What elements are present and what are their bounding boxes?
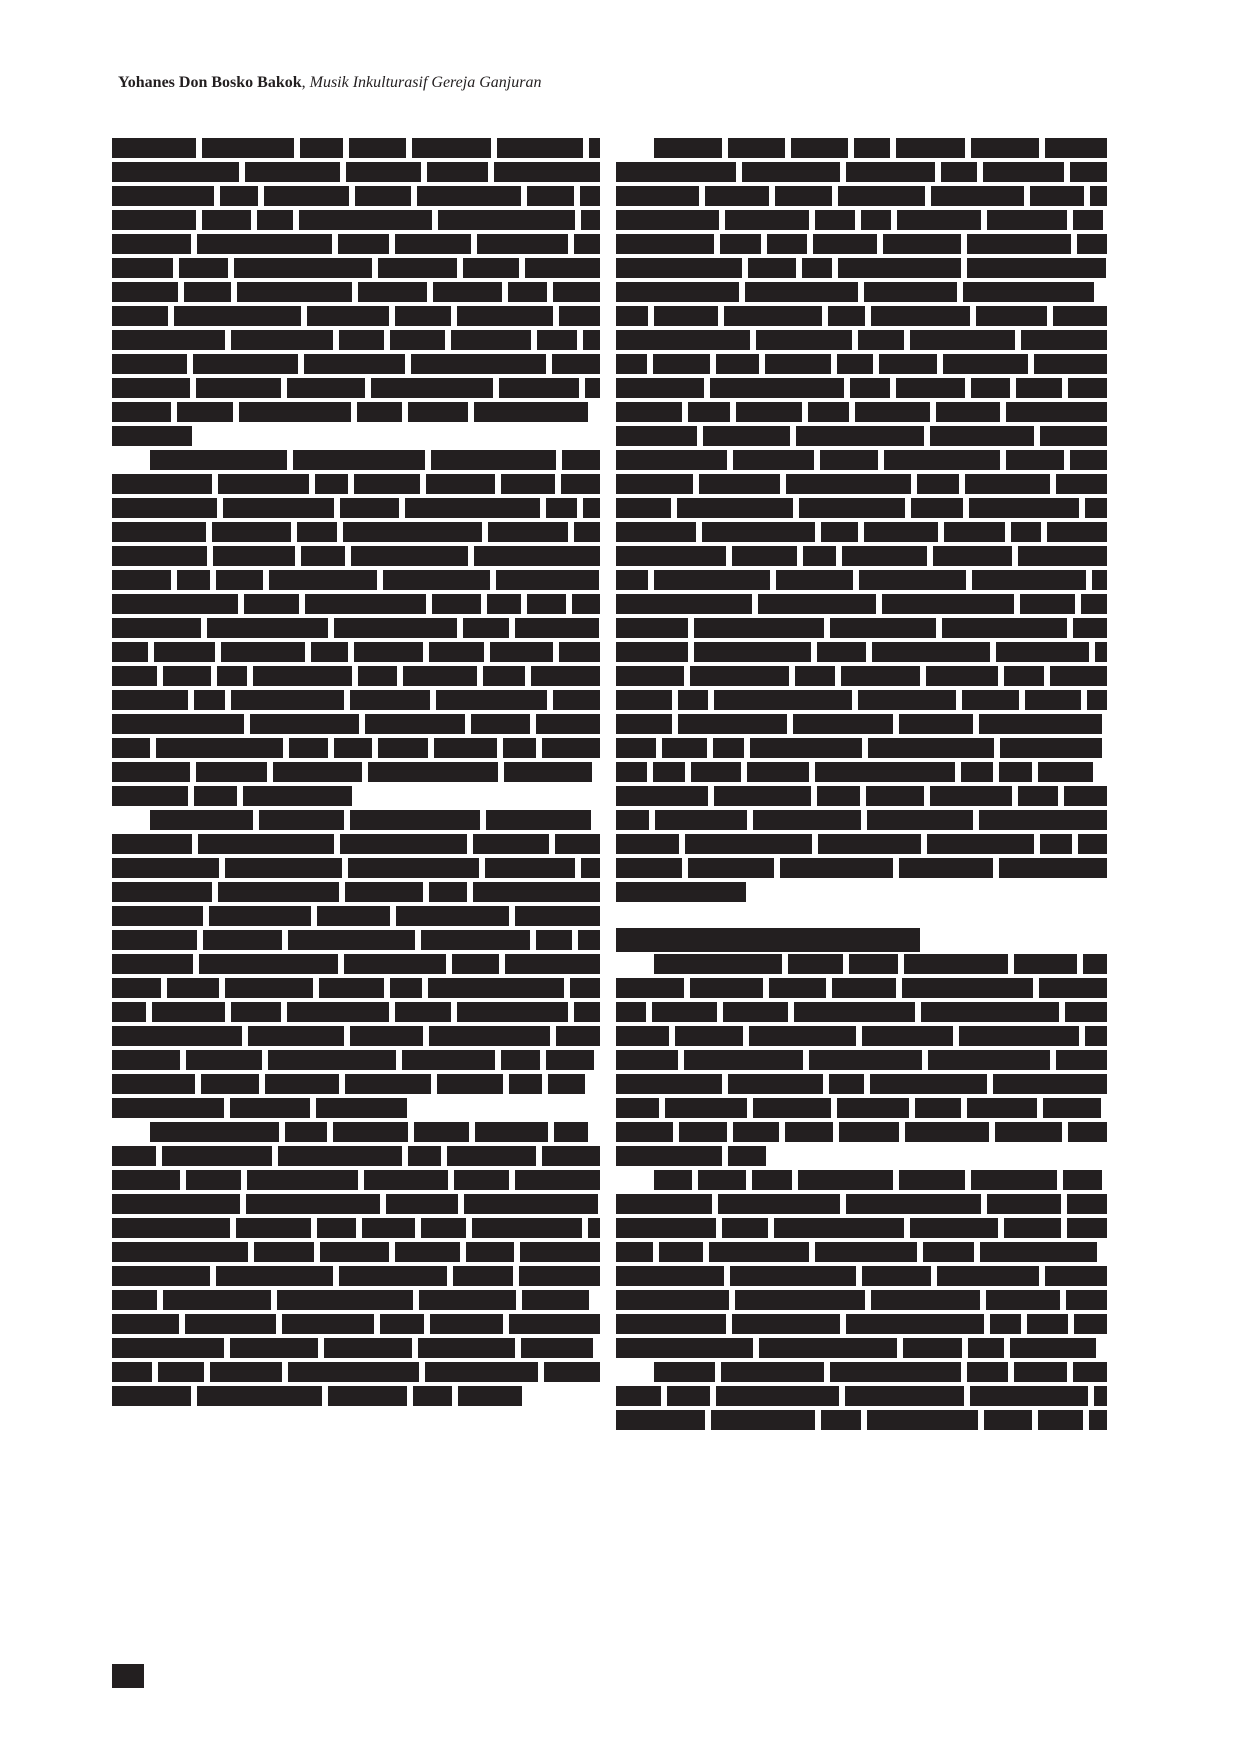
redacted-word [967, 234, 1071, 254]
redacted-word [112, 1002, 146, 1022]
redacted-word [402, 1050, 495, 1070]
redacted-text-line [616, 184, 1107, 208]
redacted-text-line [616, 1048, 1107, 1072]
redacted-word [150, 810, 253, 830]
redacted-word [487, 594, 521, 614]
redacted-word [732, 1314, 840, 1334]
redacted-word [899, 714, 973, 734]
redacted-text-line [112, 376, 600, 400]
redacted-word [477, 234, 568, 254]
redacted-text-line [616, 544, 1107, 568]
redacted-word [942, 618, 1067, 638]
redacted-word [616, 1266, 724, 1286]
redacted-text-line [616, 1096, 1107, 1120]
redacted-text-line [616, 400, 1107, 424]
redacted-word [209, 906, 311, 926]
redacted-text-line [616, 568, 1107, 592]
redacted-word [112, 1170, 180, 1190]
redacted-word [112, 1386, 191, 1406]
redacted-word [413, 1386, 452, 1406]
redacted-word [503, 738, 536, 758]
redacted-word [438, 210, 575, 230]
redacted-text-line [616, 136, 1107, 160]
redacted-text-line [112, 568, 600, 592]
redacted-word [864, 522, 938, 542]
redacted-word [167, 978, 219, 998]
redacted-word [474, 546, 600, 566]
redacted-paragraph [616, 1360, 1107, 1432]
redacted-text-line [112, 256, 600, 280]
redacted-word [896, 138, 965, 158]
redacted-word [616, 978, 684, 998]
redacted-word [112, 234, 191, 254]
redacted-word [364, 1170, 448, 1190]
redacted-word [220, 186, 258, 206]
redacted-word [616, 402, 682, 422]
redacted-word [959, 1026, 1079, 1046]
redacted-word [809, 1050, 922, 1070]
redacted-word [871, 1290, 980, 1310]
redacted-word [268, 1050, 396, 1070]
redacted-word [774, 1218, 904, 1238]
redacted-word [1038, 1410, 1083, 1430]
redacted-word [1056, 474, 1107, 494]
redacted-word [815, 1242, 917, 1262]
redacted-word [721, 1362, 824, 1382]
redacted-word [466, 1242, 514, 1262]
redacted-word [897, 210, 981, 230]
redacted-text-line [112, 544, 600, 568]
redacted-word [570, 978, 600, 998]
redacted-word [858, 690, 956, 710]
redacted-word [194, 786, 237, 806]
redacted-word [196, 378, 281, 398]
redacted-word [984, 1410, 1032, 1430]
redacted-word [508, 282, 547, 302]
redacted-word [436, 690, 547, 710]
redacted-word [223, 498, 334, 518]
redacted-word [866, 786, 924, 806]
redacted-word [339, 330, 384, 350]
redacted-word [194, 690, 225, 710]
redacted-word [846, 1194, 981, 1214]
redacted-text-line [112, 1024, 600, 1048]
redacted-word [112, 1266, 210, 1286]
redacted-word [112, 162, 239, 182]
redacted-word [728, 1074, 823, 1094]
redacted-word [231, 330, 333, 350]
redacted-text-line [616, 328, 1107, 352]
redacted-word [421, 930, 530, 950]
redacted-text-line [616, 808, 1107, 832]
redacted-text-line [112, 1000, 600, 1024]
redacted-word [616, 690, 672, 710]
redacted-word [428, 978, 564, 998]
redacted-word [838, 258, 961, 278]
redacted-paragraph [616, 952, 1107, 1168]
redacted-word [112, 570, 171, 590]
redacted-text-line [112, 1072, 600, 1096]
redacted-word [927, 834, 1034, 854]
redacted-word [531, 666, 600, 686]
redacted-word [390, 330, 445, 350]
redacted-word [616, 498, 671, 518]
redacted-word [616, 882, 746, 902]
redacted-text-line [112, 1384, 600, 1408]
redacted-word [552, 354, 600, 374]
redacted-word [616, 1242, 653, 1262]
redacted-word [710, 378, 844, 398]
redacted-word [688, 402, 730, 422]
redacted-word [345, 1074, 431, 1094]
redacted-word [340, 498, 399, 518]
redacted-word [1034, 354, 1107, 374]
redacted-word [862, 1026, 953, 1046]
redacted-word [365, 714, 465, 734]
redacted-word [817, 642, 866, 662]
redacted-word [821, 522, 858, 542]
redacted-word [905, 1122, 989, 1142]
redacted-word [230, 1338, 318, 1358]
redacted-text-line [616, 856, 1107, 880]
redacted-text-line [112, 472, 600, 496]
redacted-text-line [112, 952, 600, 976]
redacted-word [437, 1074, 503, 1094]
redacted-word [654, 1362, 715, 1382]
redacted-word [745, 282, 858, 302]
redacted-word [288, 1362, 419, 1382]
redacted-text-line [112, 592, 600, 616]
header-author: Yohanes Don Bosko Bakok [118, 74, 302, 91]
redacted-paragraph [112, 136, 600, 448]
redacted-word [791, 138, 848, 158]
redacted-word [795, 666, 835, 686]
redacted-text-line [112, 1192, 600, 1216]
redacted-word [248, 1026, 344, 1046]
redacted-word [112, 762, 190, 782]
redacted-word [616, 282, 739, 302]
redacted-word [380, 1314, 424, 1334]
redacted-word [201, 1074, 259, 1094]
redacted-word [679, 1122, 727, 1142]
redacted-word [520, 1242, 600, 1262]
redacted-word [333, 1122, 408, 1142]
redacted-word [289, 738, 328, 758]
redacted-word [112, 1050, 180, 1070]
redacted-word [931, 186, 1024, 206]
redacted-word [967, 1362, 1008, 1382]
redacted-word [694, 642, 811, 662]
redacted-word [796, 426, 924, 446]
redacted-word [197, 1386, 322, 1406]
redacted-word [921, 1002, 1059, 1022]
redacted-word [112, 1362, 152, 1382]
redacted-word [821, 1410, 861, 1430]
redacted-word [154, 642, 215, 662]
redacted-word [562, 450, 600, 470]
redacted-word [454, 1170, 509, 1190]
redacted-word [350, 810, 480, 830]
redacted-word [282, 1314, 374, 1334]
page-number-redacted [112, 1664, 144, 1688]
redacted-text-line [616, 1288, 1107, 1312]
redacted-word [451, 330, 531, 350]
redacted-word [979, 714, 1102, 734]
redacted-word [747, 762, 809, 782]
redacted-word [112, 306, 168, 326]
redacted-word [813, 234, 877, 254]
redacted-word [1040, 426, 1107, 446]
redacted-word [112, 906, 203, 926]
redacted-word [684, 1050, 803, 1070]
redacted-word [383, 570, 490, 590]
redacted-word [277, 1290, 413, 1310]
redacted-word [722, 1218, 768, 1238]
redacted-word [324, 1338, 412, 1358]
redacted-text-line [616, 1216, 1107, 1240]
redacted-word [357, 402, 402, 422]
redacted-word [750, 738, 862, 758]
redacted-word [177, 402, 233, 422]
redacted-word [112, 426, 192, 446]
redacted-word [544, 1362, 600, 1382]
redacted-text-line [616, 232, 1107, 256]
redacted-word [501, 474, 555, 494]
redacted-word [996, 642, 1089, 662]
redacted-word [765, 354, 831, 374]
redacted-word [1038, 762, 1093, 782]
redacted-word [716, 354, 759, 374]
redacted-word [202, 138, 294, 158]
redacted-word [1040, 834, 1072, 854]
redacted-word [112, 1338, 224, 1358]
redacted-text-line [616, 880, 1107, 904]
redacted-word [453, 1266, 513, 1286]
redacted-word [556, 1026, 600, 1046]
redacted-word [870, 1074, 987, 1094]
redacted-word [452, 954, 499, 974]
redacted-word [976, 306, 1047, 326]
redacted-word [936, 402, 1000, 422]
redacted-word [1045, 138, 1107, 158]
redacted-word [786, 474, 911, 494]
redacted-text-line [112, 304, 600, 328]
redacted-word [589, 138, 600, 158]
redacted-word [678, 690, 708, 710]
redacted-text-line [616, 424, 1107, 448]
redacted-word [259, 810, 344, 830]
redacted-word [236, 1218, 311, 1238]
redacted-word [431, 450, 556, 470]
redacted-word [112, 1314, 179, 1334]
redacted-word [915, 1098, 961, 1118]
redacted-word [829, 1074, 864, 1094]
redacted-word [458, 1386, 522, 1406]
redacted-word [112, 594, 238, 614]
redacted-word [490, 642, 553, 662]
redacted-word [112, 258, 173, 278]
redacted-text-line [616, 1168, 1107, 1192]
redacted-word [396, 906, 509, 926]
redacted-word [703, 426, 790, 446]
redacted-word [616, 1098, 659, 1118]
redacted-word [395, 1242, 460, 1262]
redacted-word [216, 1266, 333, 1286]
redacted-word [842, 546, 927, 566]
redacted-text-line [616, 712, 1107, 736]
redacted-word [317, 1218, 356, 1238]
redacted-word [578, 930, 600, 950]
redacted-word [1067, 1218, 1107, 1238]
redacted-word [884, 450, 1000, 470]
redacted-word [899, 1170, 965, 1190]
redacted-word [515, 1170, 600, 1190]
redacted-word [225, 978, 313, 998]
redacted-word [616, 186, 699, 206]
redacted-word [1011, 522, 1041, 542]
redacted-text-line [616, 1384, 1107, 1408]
redacted-word [685, 834, 812, 854]
redacted-word [867, 1410, 978, 1430]
redacted-word [429, 1026, 550, 1046]
redacted-word [519, 1266, 600, 1286]
redacted-word [859, 570, 966, 590]
redacted-word [616, 1026, 669, 1046]
redacted-word [904, 954, 1008, 974]
redacted-word [732, 546, 797, 566]
redacted-word [690, 978, 763, 998]
redacted-word [899, 858, 993, 878]
redacted-word [780, 858, 893, 878]
redacted-word [1021, 330, 1107, 350]
redacted-word [896, 378, 965, 398]
redacted-word [616, 738, 656, 758]
redacted-word [928, 1050, 1050, 1070]
redacted-word [971, 378, 1010, 398]
redacted-text-line [616, 160, 1107, 184]
redacted-word [968, 1338, 1004, 1358]
redacted-word [112, 1026, 242, 1046]
redacted-word [553, 282, 600, 302]
redacted-word [546, 498, 577, 518]
redacted-word [239, 402, 351, 422]
redacted-word [1073, 618, 1107, 638]
redacted-word [112, 330, 225, 350]
redacted-text-line [616, 208, 1107, 232]
redacted-word [218, 474, 309, 494]
redacted-word [315, 474, 348, 494]
redacted-word [654, 954, 782, 974]
redacted-text-line [616, 1072, 1107, 1096]
redacted-word [616, 426, 697, 446]
redacted-word [728, 1146, 766, 1166]
redacted-word [112, 1218, 230, 1238]
redacted-word [665, 1098, 747, 1118]
redacted-word [654, 306, 718, 326]
redacted-text-line [616, 976, 1107, 1000]
redacted-text-line [112, 352, 600, 376]
redacted-word [736, 402, 802, 422]
redacted-text-line [616, 1024, 1107, 1048]
redacted-word [841, 666, 920, 686]
redacted-word [846, 162, 935, 182]
redacted-word [525, 258, 600, 278]
redacted-word [198, 834, 334, 854]
redacted-word [475, 1122, 548, 1142]
redacted-word [837, 1098, 909, 1118]
redacted-word [429, 882, 467, 902]
redacted-word [724, 306, 822, 326]
redacted-word [1006, 450, 1064, 470]
redacted-word [338, 234, 389, 254]
redacted-word [231, 690, 344, 710]
redacted-word [725, 210, 809, 230]
redacted-word [902, 978, 1033, 998]
redacted-text-line [112, 232, 600, 256]
redacted-word [221, 642, 305, 662]
redacted-word [1085, 1026, 1107, 1046]
redacted-word [616, 810, 649, 830]
redacted-word [559, 306, 600, 326]
redacted-word [759, 1338, 897, 1358]
redacted-word [112, 522, 206, 542]
redacted-word [218, 882, 339, 902]
redacted-word [616, 1074, 722, 1094]
redacted-text-line [112, 1264, 600, 1288]
redacted-word [616, 546, 726, 566]
redacted-word [378, 738, 428, 758]
redacted-word [858, 330, 904, 350]
redacted-word [616, 522, 696, 542]
redacted-word [574, 234, 600, 254]
redacted-word [499, 378, 579, 398]
redacted-word [917, 474, 959, 494]
redacted-word [334, 618, 457, 638]
redacted-word [403, 666, 477, 686]
redacted-word [307, 306, 389, 326]
redacted-word [839, 1122, 899, 1142]
redacted-word [753, 810, 861, 830]
redacted-word [1027, 1314, 1068, 1334]
redacted-word [678, 714, 787, 734]
redacted-word [474, 402, 588, 422]
redacted-word [868, 738, 994, 758]
redacted-word [287, 1002, 389, 1022]
redacted-word [1094, 1386, 1107, 1406]
redacted-word [311, 642, 348, 662]
redacted-text-line [112, 1168, 600, 1192]
redacted-text-line [112, 976, 600, 1000]
redacted-word [405, 498, 540, 518]
redacted-text-line [112, 1288, 600, 1312]
redacted-word [301, 546, 345, 566]
redacted-text-line [112, 1360, 600, 1384]
redacted-word [378, 258, 457, 278]
redacted-text-line [616, 1408, 1107, 1432]
redacted-word [345, 882, 423, 902]
redacted-word [112, 498, 217, 518]
redacted-word [1000, 738, 1102, 758]
redacted-word [185, 1314, 276, 1334]
redacted-word [583, 498, 600, 518]
redacted-word [654, 570, 770, 590]
redacted-word [174, 306, 301, 326]
redacted-text-line [112, 328, 600, 352]
redacted-text-line [616, 1144, 1107, 1168]
redacted-text-line [112, 1216, 600, 1240]
redacted-word [756, 330, 852, 350]
right-column [616, 136, 1107, 1432]
